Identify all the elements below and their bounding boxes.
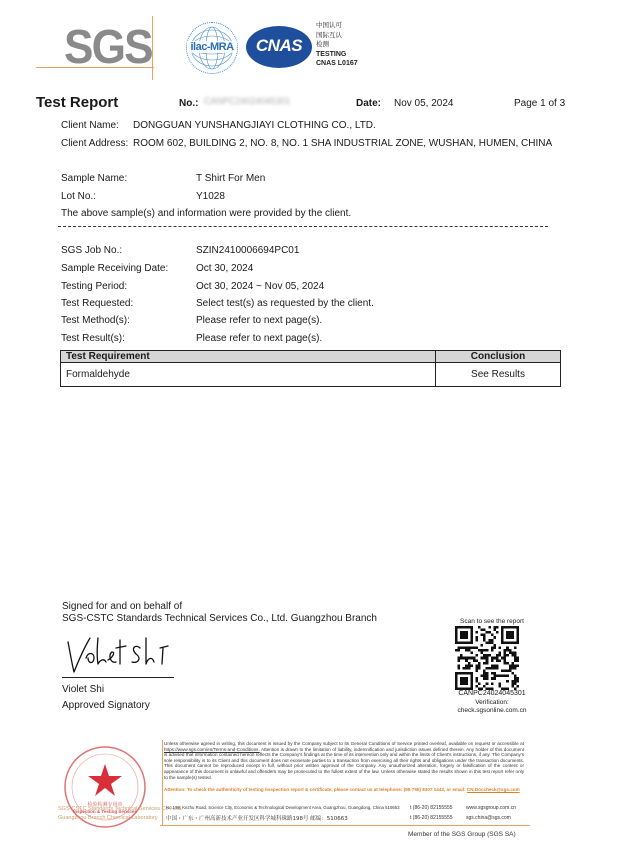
ilac-mra-logo: ilac-MRA <box>186 22 238 74</box>
job-info-label: Sample Receiving Date: <box>61 262 168 275</box>
footer-divider <box>160 825 530 826</box>
report-no-label: No.: <box>179 98 198 109</box>
footer-divider <box>162 740 163 826</box>
website-link[interactable]: www.sgsgroup.com.cn <box>466 805 516 811</box>
signatory: Violet Shi Approved Signatory <box>62 682 150 714</box>
signatory-role: Approved Signatory <box>62 698 150 714</box>
stamp-caption-line: SGS-CSTC Standards Technical Services Co… <box>58 805 182 814</box>
star-icon <box>88 764 122 796</box>
requirement-cell: Formaldehyde <box>61 363 436 387</box>
signatory-name: Violet Shi <box>62 682 150 698</box>
dashed-divider <box>58 226 548 227</box>
ilac-logo-text: ilac-MRA <box>187 41 237 53</box>
authenticity-notice: Attention: To check the authenticity of … <box>164 787 524 793</box>
qr-code[interactable] <box>453 626 521 690</box>
signature-line <box>62 677 174 678</box>
address-cn: 中国・广东・广州高新技术产业开发区科学城科珠路198号 邮编：510663 <box>166 814 348 822</box>
job-info-value: SZIN2410006694PC01 <box>196 244 299 257</box>
report-title-row: Test Report No.: CANPC24024045301 Date: … <box>36 94 576 114</box>
legal-disclaimer: Unless otherwise agreed in writing, this… <box>164 741 524 780</box>
signed-on-behalf: Signed for and on behalf of SGS-CSTC Sta… <box>62 601 377 625</box>
client-address-value: ROOM 602, BUILDING 2, NO. 8, NO. 1 SHA I… <box>133 137 553 150</box>
conclusion-cell: See Results <box>436 363 561 387</box>
telephone: t (86-20) 82155555 <box>410 815 453 821</box>
client-address-label: Client Address: <box>61 137 128 150</box>
verification-label: Verification: <box>440 699 544 707</box>
job-info-label: Testing Period: <box>61 280 127 293</box>
cnas-line: CNAS L0167 <box>316 59 358 69</box>
signed-line-1: Signed for and on behalf of <box>62 601 377 613</box>
job-info-value: Oct 30, 2024 ~ Nov 05, 2024 <box>196 280 324 293</box>
disclaimer-text: Unless otherwise agreed in writing, this… <box>164 741 524 746</box>
report-date-value: Nov 05, 2024 <box>394 98 454 109</box>
cnas-line: 中国认可 <box>316 21 358 31</box>
handwritten-signature <box>64 634 174 676</box>
telephone: t (86-20) 82155555 <box>410 805 453 811</box>
verification-url[interactable]: check.sgsonline.com.cn <box>440 707 544 715</box>
attention-text: Attention: To check the authenticity of … <box>164 787 467 792</box>
logo-divider <box>36 67 154 68</box>
page-indicator: Page 1 of 3 <box>514 98 565 109</box>
cnas-logo: CNAS <box>246 26 312 68</box>
terms-link[interactable]: https://www.sgs.com/en/Terms-and-Conditi… <box>164 747 260 752</box>
sgs-group-member: Member of the SGS Group (SGS SA) <box>408 831 516 838</box>
job-info-value: Oct 30, 2024 <box>196 262 253 275</box>
job-info-label: SGS Job No.: <box>61 244 122 257</box>
stamp-caption: SGS-CSTC Standards Technical Services Co… <box>58 805 182 823</box>
job-info-label: Test Result(s): <box>61 332 125 345</box>
cnas-line: 国际互认 <box>316 31 358 41</box>
client-name-value: DONGGUAN YUNSHANGJIAYI CLOTHING CO., LTD… <box>133 119 553 132</box>
client-name-label: Client Name: <box>61 119 119 132</box>
job-info-label: Test Method(s): <box>61 314 130 327</box>
cnas-line: TESTING <box>316 50 358 60</box>
signed-line-2: SGS-CSTC Standards Technical Services Co… <box>62 613 377 625</box>
address-en: No.198, Kezhu Road, Science City, Econom… <box>166 805 399 810</box>
sample-note: The above sample(s) and information were… <box>61 208 351 219</box>
report-title: Test Report <box>36 94 118 111</box>
table-row: Formaldehyde See Results <box>61 363 561 387</box>
job-info-value: Please refer to next page(s). <box>196 332 322 345</box>
job-info-value: Please refer to next page(s). <box>196 314 322 327</box>
lot-no-value: Y1028 <box>196 190 225 203</box>
job-info-value: Select test(s) as requested by the clien… <box>196 297 374 310</box>
qr-caption: Scan to see the report <box>446 618 538 625</box>
cnas-accreditation-text: 中国认可 国际互认 检测 TESTING CNAS L0167 <box>316 21 358 69</box>
disclaimer-text: Attention is drawn to the limitation of … <box>164 747 524 780</box>
sample-name-value: T Shirt For Men <box>196 172 265 185</box>
test-requirement-table: Test Requirement Conclusion Formaldehyde… <box>60 350 561 387</box>
stamp-caption-line: Guangzhou Branch Chemical Laboratory <box>58 814 182 823</box>
sample-name-label: Sample Name: <box>61 172 127 185</box>
qr-verification: Verification: check.sgsonline.com.cn <box>440 699 544 715</box>
doccheck-email-link[interactable]: CN.Doccheck@sgs.com <box>467 787 520 792</box>
email-link[interactable]: sgs.china@sgs.com <box>466 815 511 821</box>
job-info-label: Test Requested: <box>61 297 133 310</box>
report-date-label: Date: <box>356 98 381 109</box>
cnas-logo-text: CNAS <box>246 36 312 56</box>
qr-report-code: CANPC24024045301 <box>440 690 544 697</box>
sgs-logo: SGS <box>36 16 154 72</box>
column-header-conclusion: Conclusion <box>436 351 561 363</box>
table-header-row: Test Requirement Conclusion <box>61 351 561 363</box>
report-no-value: CANPC24024045301 <box>204 96 291 106</box>
lot-no-label: Lot No.: <box>61 190 96 203</box>
column-header-requirement: Test Requirement <box>61 351 436 363</box>
logo-divider <box>152 16 153 80</box>
cnas-line: 检测 <box>316 40 358 50</box>
